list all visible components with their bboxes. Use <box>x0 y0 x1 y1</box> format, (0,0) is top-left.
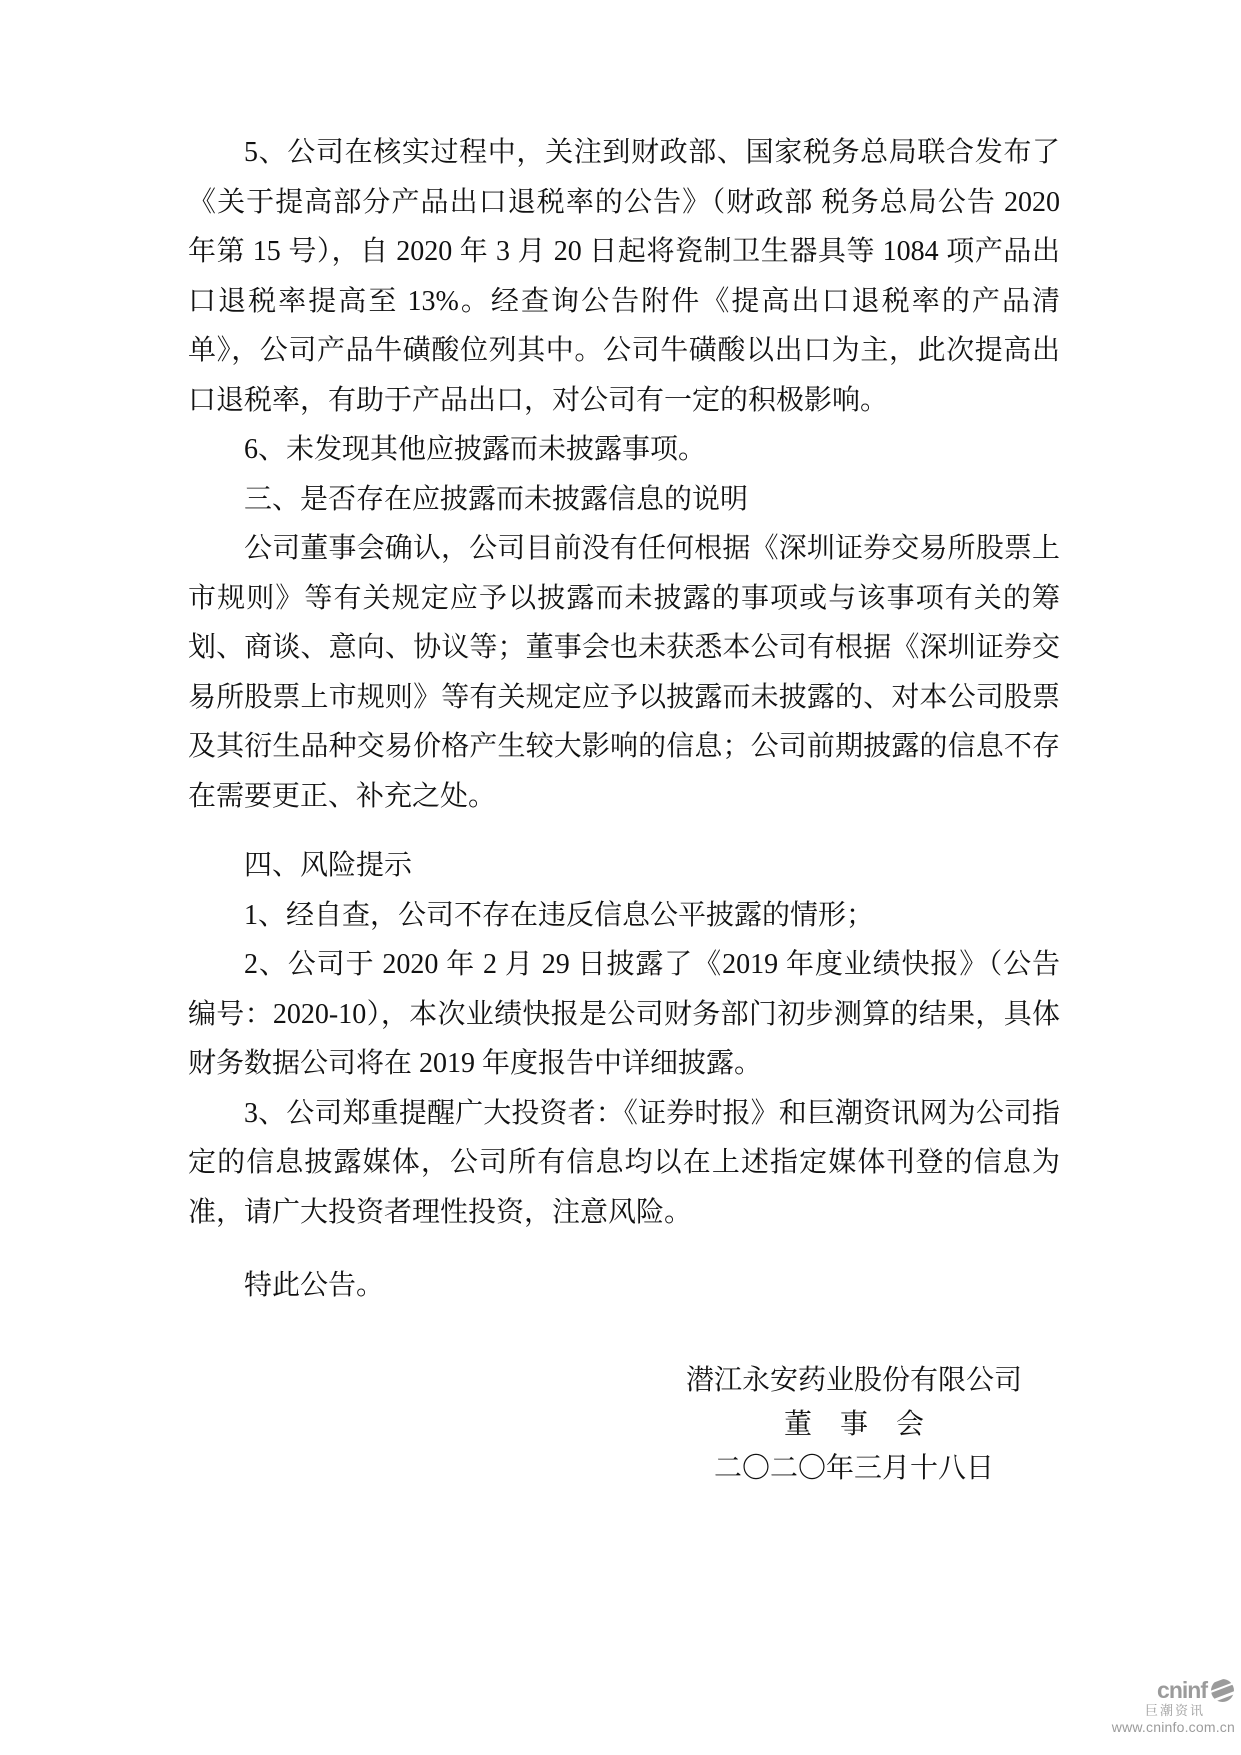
cninfo-website: www.cninfo.com.cn <box>1112 1720 1235 1735</box>
cninfo-swirl-icon <box>1210 1678 1235 1703</box>
cninfo-chinese-name: 巨潮资讯 <box>1112 1704 1205 1718</box>
paragraph-risk-2: 2、公司于 2020 年 2 月 29 日披露了《2019 年度业绩快报》（公告… <box>188 940 1060 1089</box>
paragraph-item-5: 5、公司在核实过程中，关注到财政部、国家税务总局联合发布了《关于提高部分产品出口… <box>188 128 1060 425</box>
paragraph-risk-3: 3、公司郑重提醒广大投资者：《证券时报》和巨潮资讯网为公司指定的信息披露媒体，公… <box>188 1089 1060 1238</box>
paragraph-risk-1: 1、经自查，公司不存在违反信息公平披露的情形； <box>188 891 1060 941</box>
paragraph-item-6: 6、未发现其他应披露而未披露事项。 <box>188 425 1060 475</box>
signature-board: 董 事 会 <box>684 1403 1024 1447</box>
signature-block: 潜江永安药业股份有限公司 董 事 会 二〇二〇年三月十八日 <box>684 1359 1024 1491</box>
announcement-body: 5、公司在核实过程中，关注到财政部、国家税务总局联合发布了《关于提高部分产品出口… <box>188 128 1060 1491</box>
signature-date: 二〇二〇年三月十八日 <box>684 1447 1024 1491</box>
cninfo-wordmark: cninf <box>1157 1678 1207 1703</box>
document-page: 5、公司在核实过程中，关注到财政部、国家税务总局联合发布了《关于提高部分产品出口… <box>0 0 1241 1755</box>
cninfo-logo: cninf 巨潮资讯 www.cninfo.com.cn <box>1112 1678 1235 1735</box>
section-heading-4: 四、风险提示 <box>188 841 1060 891</box>
paragraph-board-confirmation: 公司董事会确认，公司目前没有任何根据《深圳证券交易所股票上市规则》等有关规定应予… <box>188 524 1060 821</box>
paragraph-closing: 特此公告。 <box>188 1261 1060 1311</box>
section-heading-3: 三、是否存在应披露而未披露信息的说明 <box>188 475 1060 525</box>
signature-company-name: 潜江永安药业股份有限公司 <box>684 1359 1024 1403</box>
